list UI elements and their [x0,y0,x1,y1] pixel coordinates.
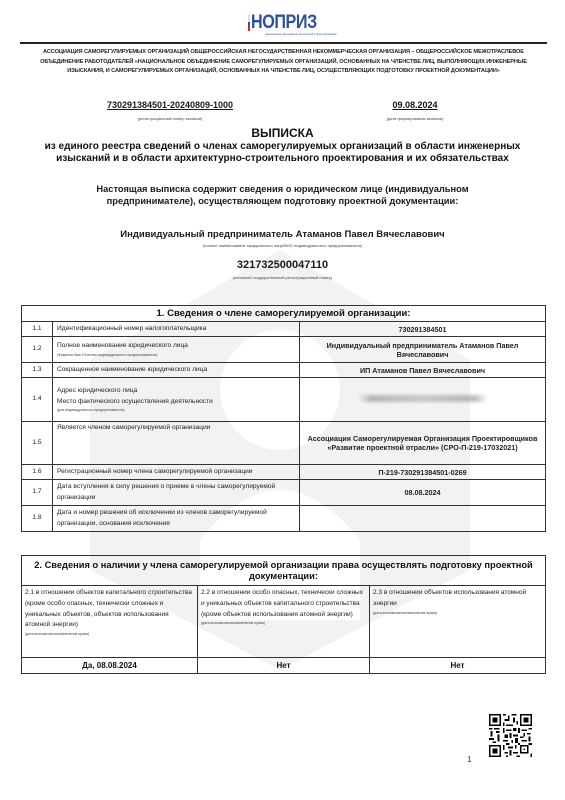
table-row: 1.4 Адрес юридического лица Место фактич… [22,378,546,422]
right-2-3-cell: 2.3 в отношении объектов использования а… [370,586,546,658]
ogrn-caption: (основной государственный регистрационны… [0,275,565,280]
right-label: 2.2 в отношении особо опасных, техническ… [201,589,363,618]
row-label: Является членом саморегулируемой организ… [53,422,300,465]
row-label-2: Место фактического осуществления деятель… [57,397,295,408]
row-value: 08.08.2024 [300,480,546,506]
row-value-redacted [300,378,546,422]
row-label: Дата вступления в силу решения о приеме … [53,480,300,506]
table-row: 1.7 Дата вступления в силу решения о при… [22,480,546,506]
right-note: (дата возникновения/изменения права) [373,610,542,616]
table-row: 1.1 Идентификационный номер налогоплател… [22,322,546,337]
document-subtitle: из единого реестра сведений о членах сам… [20,141,545,165]
ogrn-number: 321732500047110 [0,259,565,271]
row-number: 1.5 [22,422,53,465]
redacted-address [358,395,488,402]
entity-full-name-caption: (полное наименование юридического лица/Ф… [0,243,565,248]
right-2-3-value: Нет [370,658,546,674]
member-info-table: 1. Сведения о члене саморегулируемой орг… [21,305,546,532]
row-label: Регистрационный номер члена саморегулиру… [53,465,300,480]
right-label: 2.1 в отношении объектов капитального ст… [25,589,192,628]
right-label: 2.3 в отношении объектов использования а… [373,589,526,607]
extract-date-block: 09.08.2024 (дата формирования выписки) [340,100,490,121]
logo-subtitle: национальное объединение изыскателей и п… [265,33,337,36]
table-row: 1.2 Полное наименование юридического лиц… [22,337,546,363]
row-label: Идентификационный номер налогоплательщик… [53,322,300,337]
rights-table: 2. Сведения о наличии у члена саморегули… [21,555,546,674]
row-label-cell: Полное наименование юридического лица (Ф… [53,337,300,363]
row-number: 1.2 [22,337,53,363]
row-number: 1.8 [22,506,53,532]
right-note: (дата возникновения/изменения права) [25,631,194,637]
extract-date: 09.08.2024 [392,100,437,110]
row-note: (Фамилия Имя Отчество индивидуального пр… [57,352,295,358]
row-value: Индивидуальный предприниматель Атаманов … [300,337,546,363]
right-2-1-value: Да, 08.08.2024 [22,658,198,674]
document-title: ВЫПИСКА [0,126,565,140]
table-row: 1.5 Является членом саморегулируемой орг… [22,422,546,465]
row-number: 1.4 [22,378,53,422]
rights-description-row: 2.1 в отношении объектов капитального ст… [22,586,546,658]
row-number: 1.7 [22,480,53,506]
row-label: Сокращенное наименование юридического ли… [53,363,300,378]
row-number: 1.1 [22,322,53,337]
section1-heading: 1. Сведения о члене саморегулируемой орг… [22,306,546,322]
extract-reg-number-caption: (регистрационный номер выписки) [70,116,270,121]
header-divider [20,42,547,44]
table-row: 1.8 Дата и номер решения об исключении и… [22,506,546,532]
intro-text: Настоящая выписка содержит сведения о юр… [60,184,505,207]
table-row: 1.6 Регистрационный номер члена саморегу… [22,465,546,480]
organization-name: Ассоциация саморегулируемых организаций … [22,48,545,77]
section2-heading: 2. Сведения о наличии у члена саморегули… [22,556,546,586]
qr-code-icon [489,714,532,757]
row-label: Адрес юридического лица [57,386,295,397]
row-label: Дата и номер решения об исключении из чл… [53,506,300,532]
rights-values-row: Да, 08.08.2024 Нет Нет [22,658,546,674]
row-value [300,506,546,532]
row-value: 730291384501 [300,322,546,337]
row-number: 1.3 [22,363,53,378]
row-value: Ассоциация Саморегулируемая Организация … [300,422,546,465]
row-label: Полное наименование юридического лица [57,342,188,349]
entity-full-name: Индивидуальный предприниматель Атаманов … [0,229,565,240]
right-note: (дата возникновения/изменения права) [201,620,366,626]
row-label-cell: Адрес юридического лица Место фактическо… [53,378,300,422]
right-2-1-cell: 2.1 в отношении объектов капитального ст… [22,586,198,658]
row-note: (для индивидуального предпринимателя) [57,407,295,413]
table-row: 1.3 Сокращенное наименование юридическог… [22,363,546,378]
right-2-2-cell: 2.2 в отношении особо опасных, техническ… [198,586,370,658]
russian-flag-icon [248,15,250,31]
page-number: 1 [467,755,471,764]
extract-reg-number-block: 730291384501-20240809-1000 (регистрацион… [70,100,270,121]
row-number: 1.6 [22,465,53,480]
extract-date-caption: (дата формирования выписки) [340,116,490,121]
logo-text: НОПРИЗ [251,12,317,34]
row-value: П-219-730291384501-0269 [300,465,546,480]
right-2-2-value: Нет [198,658,370,674]
extract-reg-number: 730291384501-20240809-1000 [107,100,233,110]
row-value: ИП Атаманов Павел Вячеславович [300,363,546,378]
